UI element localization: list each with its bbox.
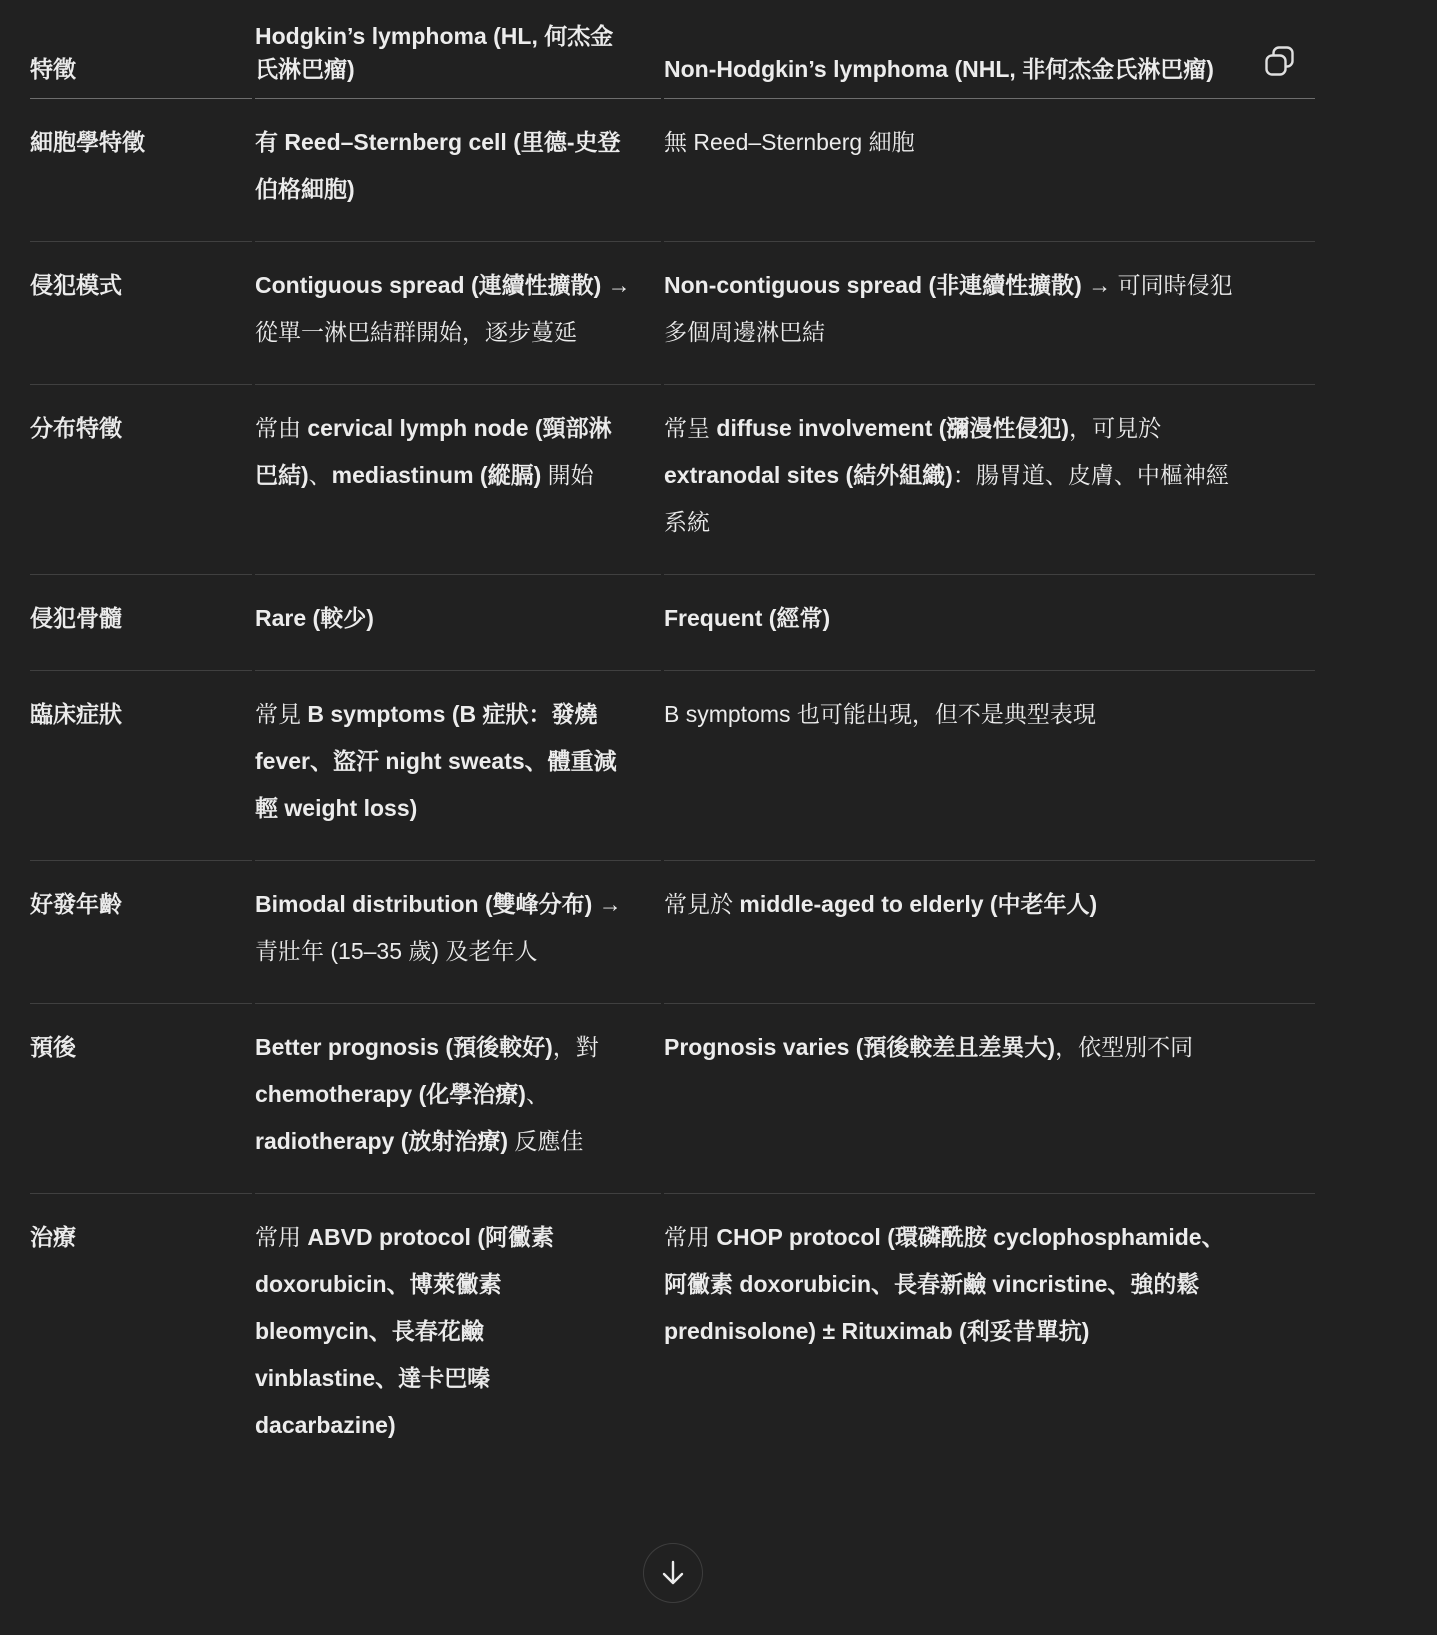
table-row: 侵犯模式 Contiguous spread (連續性擴散) → 從單一淋巴結群… <box>30 241 1315 384</box>
row-cell-hl: 常用 ABVD protocol (阿黴素 doxorubicin、博萊黴素 b… <box>255 1193 661 1477</box>
row-cell-hl: 有 Reed–Sternberg cell (里德-史登伯格細胞) <box>255 99 661 241</box>
header-feature: 特徵 <box>30 0 252 99</box>
row-cell-hl: Bimodal distribution (雙峰分布) → 青壯年 (15–35… <box>255 860 661 1003</box>
row-cell-hl: Contiguous spread (連續性擴散) → 從單一淋巴結群開始，逐步… <box>255 241 661 384</box>
text-segment: Frequent (經常) <box>664 605 830 631</box>
row-cell-nhl: 常見於 middle-aged to elderly (中老年人) <box>664 860 1315 1003</box>
copy-button[interactable] <box>1258 40 1302 84</box>
row-label: 分布特徵 <box>30 384 252 574</box>
text-segment: diffuse involvement (瀰漫性侵犯) <box>716 415 1069 441</box>
text-segment: 常由 <box>255 415 307 441</box>
row-cell-hl: 常見 B symptoms (B 症狀：發燒 fever、盜汗 night sw… <box>255 670 661 860</box>
text-segment: middle-aged to elderly (中老年人) <box>739 891 1097 917</box>
table-row: 好發年齡 Bimodal distribution (雙峰分布) → 青壯年 (… <box>30 860 1315 1003</box>
header-nhl: Non-Hodgkin’s lymphoma (NHL, 非何杰金氏淋巴瘤) <box>664 0 1315 99</box>
text-segment: ，依型別不同 <box>1055 1034 1193 1060</box>
table-row: 臨床症狀 常見 B symptoms (B 症狀：發燒 fever、盜汗 nig… <box>30 670 1315 860</box>
table-row: 預後 Better prognosis (預後較好)，對 chemotherap… <box>30 1003 1315 1193</box>
text-segment: mediastinum (縱膈) <box>332 462 542 488</box>
row-cell-nhl: 常呈 diffuse involvement (瀰漫性侵犯)，可見於 extra… <box>664 384 1315 574</box>
text-segment: chemotherapy (化學治療) <box>255 1081 526 1107</box>
text-segment: Rare (較少) <box>255 605 374 631</box>
text-segment: Prognosis varies (預後較差且差異大) <box>664 1034 1055 1060</box>
row-label: 臨床症狀 <box>30 670 252 860</box>
row-label: 侵犯骨髓 <box>30 574 252 670</box>
text-segment: CHOP protocol (環磷酰胺 cyclophosphamide、阿黴素… <box>664 1224 1225 1344</box>
row-cell-nhl: Frequent (經常) <box>664 574 1315 670</box>
text-segment: ，對 <box>553 1034 599 1060</box>
row-label: 好發年齡 <box>30 860 252 1003</box>
copy-icon <box>1261 43 1299 81</box>
table-row: 侵犯骨髓 Rare (較少) Frequent (經常) <box>30 574 1315 670</box>
text-segment: extranodal sites (結外組織) <box>664 462 953 488</box>
arrow-down-icon <box>658 1558 688 1588</box>
comparison-table: 特徵 Hodgkin’s lymphoma (HL, 何杰金氏淋巴瘤) Non-… <box>30 0 1315 1477</box>
text-segment: 開始 <box>541 462 593 488</box>
text-segment: Better prognosis (預後較好) <box>255 1034 553 1060</box>
text-segment: 無 Reed–Sternberg 細胞 <box>664 129 915 155</box>
text-segment: radiotherapy (放射治療) <box>255 1128 508 1154</box>
table-row: 細胞學特徵 有 Reed–Sternberg cell (里德-史登伯格細胞) … <box>30 99 1315 241</box>
table-body: 細胞學特徵 有 Reed–Sternberg cell (里德-史登伯格細胞) … <box>30 99 1315 1477</box>
table-row: 治療 常用 ABVD protocol (阿黴素 doxorubicin、博萊黴… <box>30 1193 1315 1477</box>
text-segment: B symptoms (B 症狀：發燒 fever、盜汗 night sweat… <box>255 701 617 821</box>
text-segment: 、 <box>309 462 332 488</box>
scroll-down-button[interactable] <box>643 1543 703 1603</box>
header-hl: Hodgkin’s lymphoma (HL, 何杰金氏淋巴瘤) <box>255 0 661 99</box>
text-segment: B symptoms 也可能出現，但不是典型表現 <box>664 701 1096 727</box>
text-segment: ，可見於 <box>1069 415 1161 441</box>
text-segment: 常呈 <box>664 415 716 441</box>
row-cell-nhl: Non-contiguous spread (非連續性擴散) → 可同時侵犯多個… <box>664 241 1315 384</box>
text-segment: 常用 <box>664 1224 716 1250</box>
text-segment: 反應佳 <box>508 1128 583 1154</box>
text-segment: Contiguous spread (連續性擴散) <box>255 272 601 298</box>
row-cell-nhl: B symptoms 也可能出現，但不是典型表現 <box>664 670 1315 860</box>
text-segment: 常見於 <box>664 891 739 917</box>
row-cell-hl: Rare (較少) <box>255 574 661 670</box>
text-segment: Bimodal distribution (雙峰分布) <box>255 891 592 917</box>
text-segment: 有 Reed–Sternberg cell (里德-史登伯格細胞) <box>255 129 621 202</box>
row-label: 治療 <box>30 1193 252 1477</box>
text-segment: Non-contiguous spread (非連續性擴散) <box>664 272 1082 298</box>
row-label: 細胞學特徵 <box>30 99 252 241</box>
row-cell-hl: 常由 cervical lymph node (頸部淋巴結)、mediastin… <box>255 384 661 574</box>
row-cell-nhl: 常用 CHOP protocol (環磷酰胺 cyclophosphamide、… <box>664 1193 1315 1477</box>
row-label: 預後 <box>30 1003 252 1193</box>
row-cell-nhl: 無 Reed–Sternberg 細胞 <box>664 99 1315 241</box>
row-cell-hl: Better prognosis (預後較好)，對 chemotherapy (… <box>255 1003 661 1193</box>
text-segment: 常見 <box>255 701 307 727</box>
table-header-row: 特徵 Hodgkin’s lymphoma (HL, 何杰金氏淋巴瘤) Non-… <box>30 0 1315 99</box>
row-cell-nhl: Prognosis varies (預後較差且差異大)，依型別不同 <box>664 1003 1315 1193</box>
table-row: 分布特徵 常由 cervical lymph node (頸部淋巴結)、medi… <box>30 384 1315 574</box>
text-segment: 、 <box>526 1081 549 1107</box>
row-label: 侵犯模式 <box>30 241 252 384</box>
text-segment: ABVD protocol (阿黴素 doxorubicin、博萊黴素 bleo… <box>255 1224 554 1438</box>
text-segment: 常用 <box>255 1224 307 1250</box>
